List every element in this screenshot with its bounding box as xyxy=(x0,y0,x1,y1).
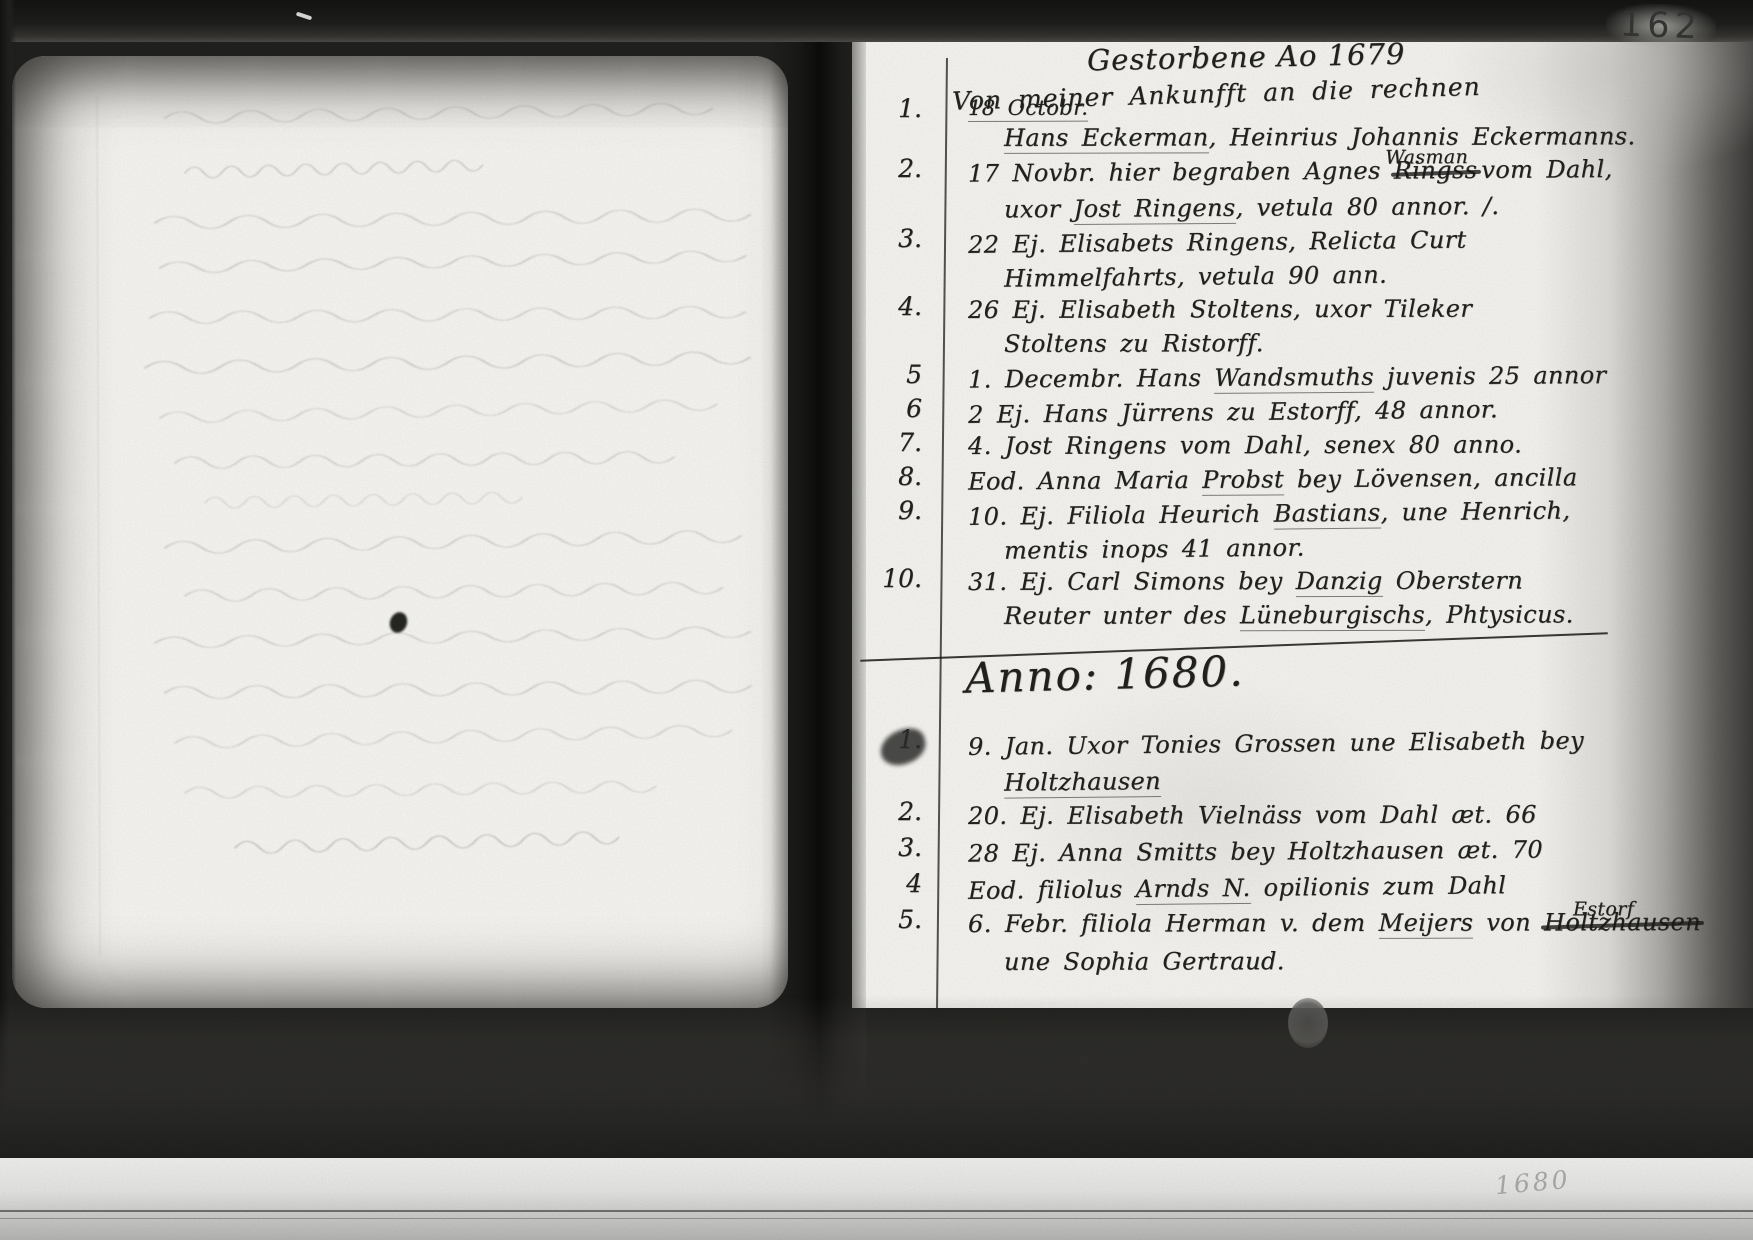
entry-text: Danzig xyxy=(1296,567,1383,597)
entry-text: vom Dahl, xyxy=(1468,155,1613,184)
register-entry: 3.22 Ej. Elisabets Ringens, Relicta Curt… xyxy=(870,224,1703,292)
entry-text: Eod. Anna Maria xyxy=(968,466,1202,496)
entry-body: 20. Ej. Elisabeth Vielnäss vom Dahl æt. … xyxy=(922,797,1703,833)
entry-number: 3. xyxy=(870,833,922,862)
entry-line: Hans Eckerman, Heinrius Johannis Eckerma… xyxy=(1004,119,1703,155)
entry-text: Bastians xyxy=(1273,499,1380,530)
folio-number: 162 xyxy=(1605,2,1716,50)
entry-number: 6 xyxy=(870,394,922,423)
entry-line: Holtzhausen xyxy=(1004,757,1703,800)
entry-text: Holtzhausen xyxy=(1004,767,1161,799)
entry-number: 1. xyxy=(870,94,922,123)
entry-text: , vetula 80 annor. /. xyxy=(1235,192,1499,222)
left-page xyxy=(12,56,788,1008)
entry-body: Eod. Anna Maria Probst bey Lövensen, anc… xyxy=(922,462,1703,496)
scan-bottom-strip: 1680 xyxy=(0,1158,1753,1240)
entry-body: 31. Ej. Carl Simons bey Danzig Oberstern… xyxy=(922,564,1703,632)
entry-number: 2. xyxy=(870,154,922,183)
entry-line: 4. Jost Ringens vom Dahl, senex 80 anno. xyxy=(968,427,1703,463)
register-entry: 51. Decembr. Hans Wandsmuths juvenis 25 … xyxy=(870,360,1703,394)
entry-body: 2 Ej. Hans Jürrens zu Estorff, 48 annor. xyxy=(922,394,1703,428)
left-page-ghost-writing xyxy=(12,56,788,1008)
entry-text: 18 Octobr. xyxy=(968,96,1088,122)
register-entry: 4.26 Ej. Elisabeth Stoltens, uxor Tileke… xyxy=(870,292,1703,360)
scratch-mark xyxy=(296,12,312,21)
entries-host: 1.18 Octobr.Hans Eckerman, Heinrius Joha… xyxy=(870,94,1703,979)
entry-text: 2 Ej. Hans Jürrens zu Estorff, 48 annor. xyxy=(968,395,1498,429)
entry-body: 26 Ej. Elisabeth Stoltens, uxor TilekerS… xyxy=(922,292,1703,360)
entry-text: Reuter unter des xyxy=(1004,601,1240,630)
scan-top-edge xyxy=(0,0,1753,42)
entry-line: Himmelfahrts, vetula 90 ann. xyxy=(1004,254,1703,295)
entry-line: 6. Febr. filiola Herman v. dem Meijers v… xyxy=(968,904,1703,944)
year-header: Anno: 1680. xyxy=(964,634,1703,702)
entry-text: juvenis 25 annor xyxy=(1374,361,1607,391)
entry-number: 3. xyxy=(870,224,922,253)
entry-text: Jost Ringens xyxy=(1073,194,1235,225)
book-gutter-shadow xyxy=(770,40,866,1130)
entry-number: 2. xyxy=(870,797,922,826)
entry-line: 20. Ej. Elisabeth Vielnäss vom Dahl æt. … xyxy=(968,796,1703,834)
entry-body: 10. Ej. Filiola Heurich Bastians, une He… xyxy=(922,496,1703,564)
entry-text: 28 Ej. Anna Smitts bey Holtzhausen æt. 7… xyxy=(968,836,1543,868)
inserted-text: Estorf xyxy=(1573,891,1634,927)
entry-text: Probst xyxy=(1202,465,1284,496)
entry-number: 4. xyxy=(870,292,922,321)
entry-number: 9. xyxy=(870,496,922,525)
entry-text: Meijers xyxy=(1379,909,1474,939)
entry-body: 17 Novbr. hier begraben Agnes RingssWasm… xyxy=(922,154,1703,224)
entry-text: Hans Eckerman xyxy=(1004,123,1209,154)
entry-line: Stoltens zu Ristorff. xyxy=(1004,325,1703,361)
scan-left-edge xyxy=(0,0,16,1160)
right-page: Gestorbene Ao 1679 Von meiner Ankunfft a… xyxy=(852,40,1753,1008)
scanner-edge-line xyxy=(0,1210,1753,1219)
entry-number: 10. xyxy=(870,564,922,593)
entry-line: 26 Ej. Elisabeth Stoltens, uxor Tileker xyxy=(968,291,1703,327)
entry-number: 4 xyxy=(870,869,922,898)
entry-body: 4. Jost Ringens vom Dahl, senex 80 anno. xyxy=(922,428,1703,462)
entry-text: Wandsmuths xyxy=(1214,363,1374,394)
entry-body: 6. Febr. filiola Herman v. dem Meijers v… xyxy=(922,905,1703,979)
entry-text: uxor xyxy=(1004,195,1074,223)
entry-line: mentis inops 41 annor. xyxy=(1004,526,1703,567)
entry-text: Stoltens zu Ristorff. xyxy=(1004,329,1264,358)
entry-body: 1. Decembr. Hans Wandsmuths juvenis 25 a… xyxy=(922,360,1703,394)
entry-body: 18 Octobr.Hans Eckerman, Heinrius Johann… xyxy=(922,94,1703,154)
entry-line: 18 Octobr. xyxy=(968,93,1703,121)
register-entry: 10.31. Ej. Carl Simons bey Danzig Oberst… xyxy=(870,564,1703,632)
register-entry: 2.20. Ej. Elisabeth Vielnäss vom Dahl æt… xyxy=(870,797,1703,833)
entry-text: 6. Febr. filiola Herman v. dem xyxy=(968,909,1379,938)
entry-text: mentis inops 41 annor. xyxy=(1004,534,1305,565)
entry-text: 9. Jan. Uxor Tonies Grossen une Elisabet… xyxy=(968,726,1584,760)
entry-line: Reuter unter des Lüneburgischs, Phtysicu… xyxy=(1004,597,1703,633)
pencil-year-note: 1680 xyxy=(1494,1165,1572,1200)
inserted-text: Wasman xyxy=(1385,140,1468,175)
entry-text: Eod. filiolus xyxy=(968,875,1136,905)
entry-body: 9. Jan. Uxor Tonies Grossen une Elisabet… xyxy=(922,725,1703,797)
entry-text: , Phtysicus. xyxy=(1425,600,1574,628)
entry-number: 5. xyxy=(870,905,922,934)
register-entry: 62 Ej. Hans Jürrens zu Estorff, 48 annor… xyxy=(870,394,1703,428)
entry-text: 10. Ej. Filiola Heurich xyxy=(968,500,1274,531)
entry-body: 28 Ej. Anna Smitts bey Holtzhausen æt. 7… xyxy=(922,833,1703,869)
register-entry: 3.28 Ej. Anna Smitts bey Holtzhausen æt.… xyxy=(870,833,1703,869)
entry-text: 20. Ej. Elisabeth Vielnäss vom Dahl æt. … xyxy=(968,800,1537,829)
scan-bottom-edge xyxy=(0,995,1753,1160)
register-entry: 7.4. Jost Ringens vom Dahl, senex 80 ann… xyxy=(870,428,1703,462)
entry-text: Arnds N. xyxy=(1136,874,1251,905)
entry-text: 22 Ej. Elisabets Ringens, Relicta Curt xyxy=(968,226,1467,259)
entry-text: Himmelfahrts, vetula 90 ann. xyxy=(1004,261,1387,293)
entry-text: 4. Jost Ringens vom Dahl, senex 80 anno. xyxy=(968,431,1522,460)
register-entry: 2.17 Novbr. hier begraben Agnes RingssWa… xyxy=(870,154,1703,224)
register-entry: 1.9. Jan. Uxor Tonies Grossen une Elisab… xyxy=(870,725,1703,797)
entry-text: , une Henrich, xyxy=(1380,497,1570,527)
register-entry: 5.6. Febr. filiola Herman v. dem Meijers… xyxy=(870,905,1703,979)
entry-text: 17 Novbr. hier begraben Agnes xyxy=(968,157,1394,188)
entry-text: une Sophia Gertraud. xyxy=(1004,947,1285,976)
scanned-register-page: Gestorbene Ao 1679 Von meiner Ankunfft a… xyxy=(0,0,1753,1240)
entry-text: 26 Ej. Elisabeth Stoltens, uxor Tileker xyxy=(968,295,1472,324)
entry-line: une Sophia Gertraud. xyxy=(1004,942,1703,980)
register-entry: 9.10. Ej. Filiola Heurich Bastians, une … xyxy=(870,496,1703,564)
entry-number: 7. xyxy=(870,428,922,457)
register-entry: 8.Eod. Anna Maria Probst bey Lövensen, a… xyxy=(870,462,1703,496)
entry-number: 5 xyxy=(870,360,922,389)
entry-text: 1. Decembr. Hans xyxy=(968,364,1214,394)
entry-text: opilionis zum Dahl xyxy=(1250,871,1506,902)
entry-text: Oberstern xyxy=(1383,567,1524,595)
entry-line: 2 Ej. Hans Jürrens zu Estorff, 48 annor. xyxy=(968,390,1703,432)
entry-number: 8. xyxy=(870,462,922,491)
entry-line: 31. Ej. Carl Simons bey Danzig Oberstern xyxy=(968,563,1703,599)
entry-text: 31. Ej. Carl Simons bey xyxy=(968,567,1296,596)
entry-body: 22 Ej. Elisabets Ringens, Relicta CurtHi… xyxy=(922,224,1703,292)
entry-text: bey Lövensen, ancilla xyxy=(1284,463,1578,493)
entry-text: von xyxy=(1473,908,1544,936)
entry-text: Lüneburgischs xyxy=(1240,601,1425,631)
register-entry: 1.18 Octobr.Hans Eckerman, Heinrius Joha… xyxy=(870,94,1703,154)
entry-line: 17 Novbr. hier begraben Agnes RingssWasm… xyxy=(968,151,1703,192)
page-title: Gestorbene Ao 1679 xyxy=(1087,37,1406,78)
